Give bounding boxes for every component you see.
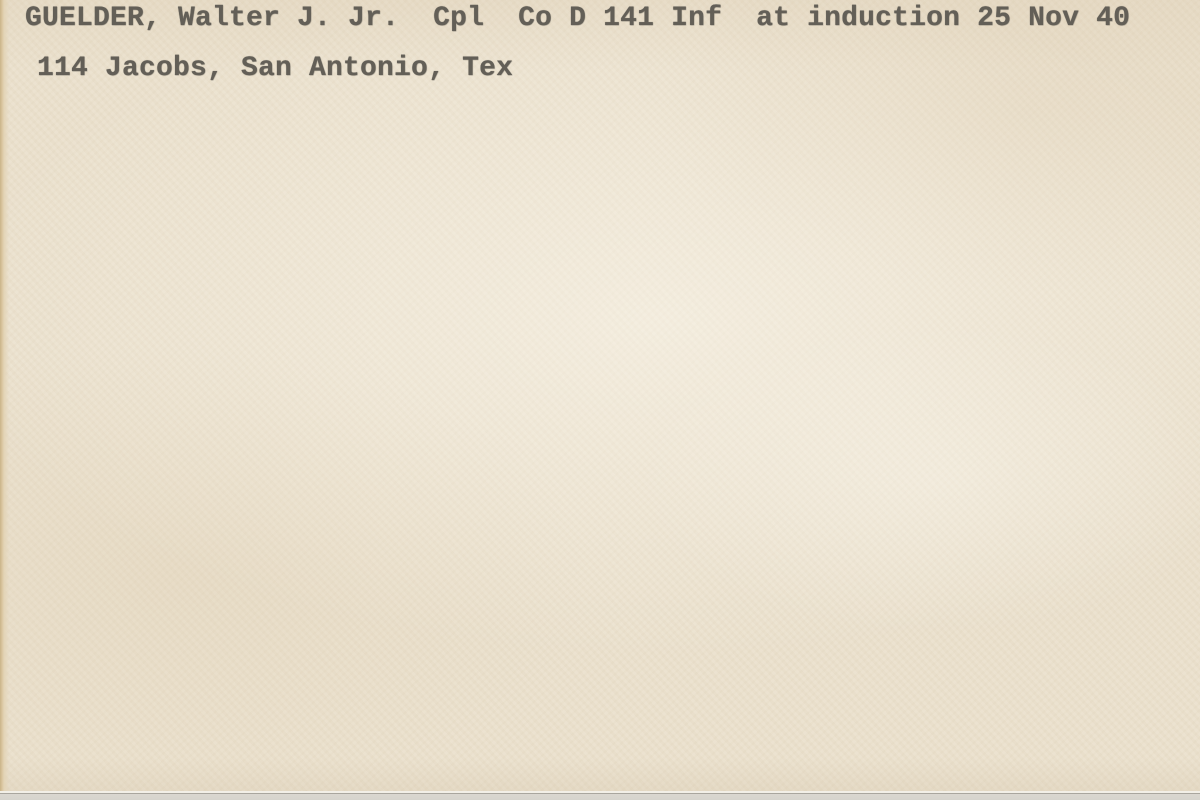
typewritten-caption-line-1: GUELDER, Walter J. Jr. Cpl Co D 141 Inf … [25,2,1130,36]
index-card: GUELDER, Walter J. Jr. Cpl Co D 141 Inf … [0,0,1200,800]
card-left-edge [0,0,9,791]
typewritten-address-line-2: 114 Jacobs, San Antonio, Tex [37,52,513,86]
scanner-bottom-edge [0,791,1200,800]
